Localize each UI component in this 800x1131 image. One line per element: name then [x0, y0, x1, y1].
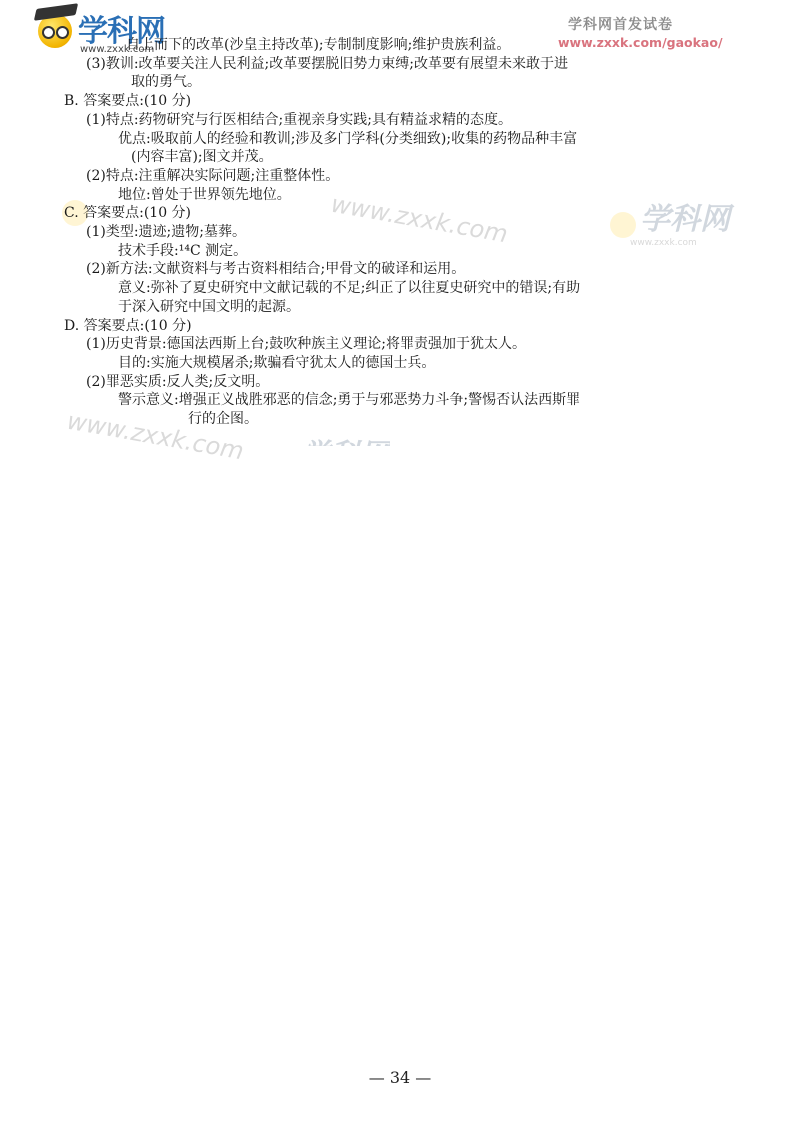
answer-content: 自上而下的改革(沙皇主持改革);专制制度影响;维护贵族利益。 (3)教训:改革要… — [64, 36, 744, 429]
text-line: (1)类型:遗迹;遗物;墓葬。 — [64, 223, 744, 242]
text-line: (内容丰富);图文并茂。 — [64, 148, 744, 167]
text-line: 自上而下的改革(沙皇主持改革);专制制度影响;维护贵族利益。 — [64, 36, 744, 55]
text-line: (3)教训:改革要关注人民利益;改革要摆脱旧势力束缚;改革要有展望未来敢于进 — [64, 55, 744, 74]
text-line: 取的勇气。 — [64, 73, 744, 92]
text-line: (1)特点:药物研究与行医相结合;重视亲身实践;具有精益求精的态度。 — [64, 111, 744, 130]
watermark-logo-text: 学科网 — [300, 438, 390, 446]
text-line: (2)特点:注重解决实际问题;注重整体性。 — [64, 167, 744, 186]
page-number: — 34 — — [0, 1068, 800, 1087]
text-line: 地位:曾处于世界领先地位。 — [64, 186, 744, 205]
section-title-d: D. 答案要点:(10 分) — [64, 317, 744, 336]
text-line: 警示意义:增强正义战胜邪恶的信念;勇于与邪恶势力斗争;警惕否认法西斯罪 — [64, 391, 744, 410]
section-title-c: C. 答案要点:(10 分) — [64, 204, 744, 223]
text-line: (2)新方法:文献资料与考古资料相结合;甲骨文的破译和运用。 — [64, 260, 744, 279]
text-line: 目的:实施大规模屠杀;欺骗看守犹太人的德国士兵。 — [64, 354, 744, 373]
text-line: 于深入研究中国文明的起源。 — [64, 298, 744, 317]
text-line: 行的企图。 — [64, 410, 744, 429]
text-line: 意义:弥补了夏史研究中文献记载的不足;纠正了以往夏史研究中的错误;有助 — [64, 279, 744, 298]
text-line: (2)罪恶实质:反人类;反文明。 — [64, 373, 744, 392]
mascot-eye-icon — [42, 26, 55, 39]
header-title: 学科网首发试卷 — [566, 14, 723, 34]
section-title-b: B. 答案要点:(10 分) — [64, 92, 744, 111]
text-line: 技术手段:¹⁴C 测定。 — [64, 242, 744, 261]
text-line: 优点:吸取前人的经验和教训;涉及多门学科(分类细致);收集的药物品种丰富 — [64, 130, 744, 149]
text-line: (1)历史背景:德国法西斯上台;鼓吹种族主义理论;将罪责强加于犹太人。 — [64, 335, 744, 354]
watermark-logo: 学科网 — [270, 430, 390, 446]
